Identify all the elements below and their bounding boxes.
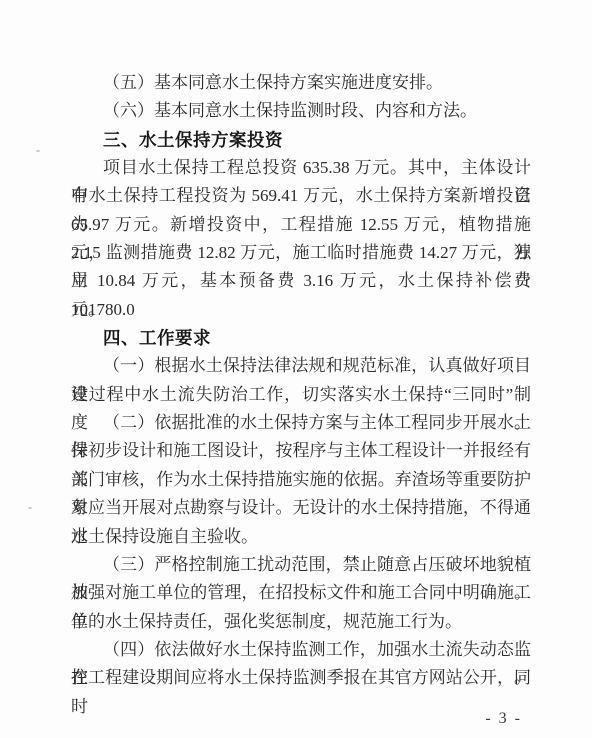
scan-speck (28, 507, 32, 509)
text-line: 部门审核，作为水土保持措施实施的依据。弃渣场等重要防护对 (71, 466, 531, 494)
scan-speck (36, 150, 40, 152)
text-line: 持初步设计和施工图设计，按程序与主体工程设计一并报经有关 (71, 437, 531, 465)
text-line: （六）基本同意水土保持监测时段、内容和方法。 (71, 97, 531, 125)
page-number: - 3 - (485, 710, 522, 728)
text-line: （四）依法做好水土保持监测工作，加强水土流失动态监控。 (71, 636, 531, 664)
text-line: （一）根据水土保持法律法规和规范标准，认真做好项目建 (71, 352, 531, 380)
text-line: 元。 (71, 296, 531, 324)
text-line: 设过程中水土流失防治工作，切实落实水土保持“三同时”制度。 (71, 381, 531, 409)
text-line: 位的水土保持责任，强化奖惩制度，规范施工行为。 (71, 608, 531, 636)
section-heading: 四、工作要求 (71, 324, 531, 352)
section-heading: 三、水土保持方案投资 (71, 126, 531, 154)
text-line: 元，监测措施费 12.82 万元，施工临时措施费 14.27 万元，独立费 (71, 239, 531, 267)
text-line: 加强对施工单位的管理，在招投标文件和施工合同中明确施工单 (71, 579, 531, 607)
text-line: 65.97 万元。新增投资中，工程措施 12.55 万元，植物措施 2.15 万 (71, 211, 531, 239)
text-line: 象应当开展对点勘察与设计。无设计的水土保持措施，不得通过 (71, 494, 531, 522)
text-line: 水土保持设施自主验收。 (71, 523, 531, 551)
text-line: 有水土保持工程投资为 569.41 万元，水土保持方案新增投资为 (71, 182, 531, 210)
document-body: （五）基本同意水土保持方案实施进度安排。（六）基本同意水土保持监测时段、内容和方… (71, 69, 531, 693)
text-line: 项目水土保持工程总投资 635.38 万元。其中，主体设计中已 (71, 154, 531, 182)
text-line: （三）严格控制施工扰动范围，禁止随意占压破坏地貌植被。 (71, 551, 531, 579)
text-line: （五）基本同意水土保持方案实施进度安排。 (71, 69, 531, 97)
document-page: （五）基本同意水土保持方案实施进度安排。（六）基本同意水土保持监测时段、内容和方… (0, 0, 592, 738)
text-line: （二）依据批准的水土保持方案与主体工程同步开展水土保 (71, 409, 531, 437)
text-line: 在工程建设期间应将水土保持监测季报在其官方网站公开，同时 (71, 664, 531, 692)
text-line: 用 10.84 万元，基本预备费 3.16 万元，水土保持补偿费 101780.… (71, 267, 531, 295)
